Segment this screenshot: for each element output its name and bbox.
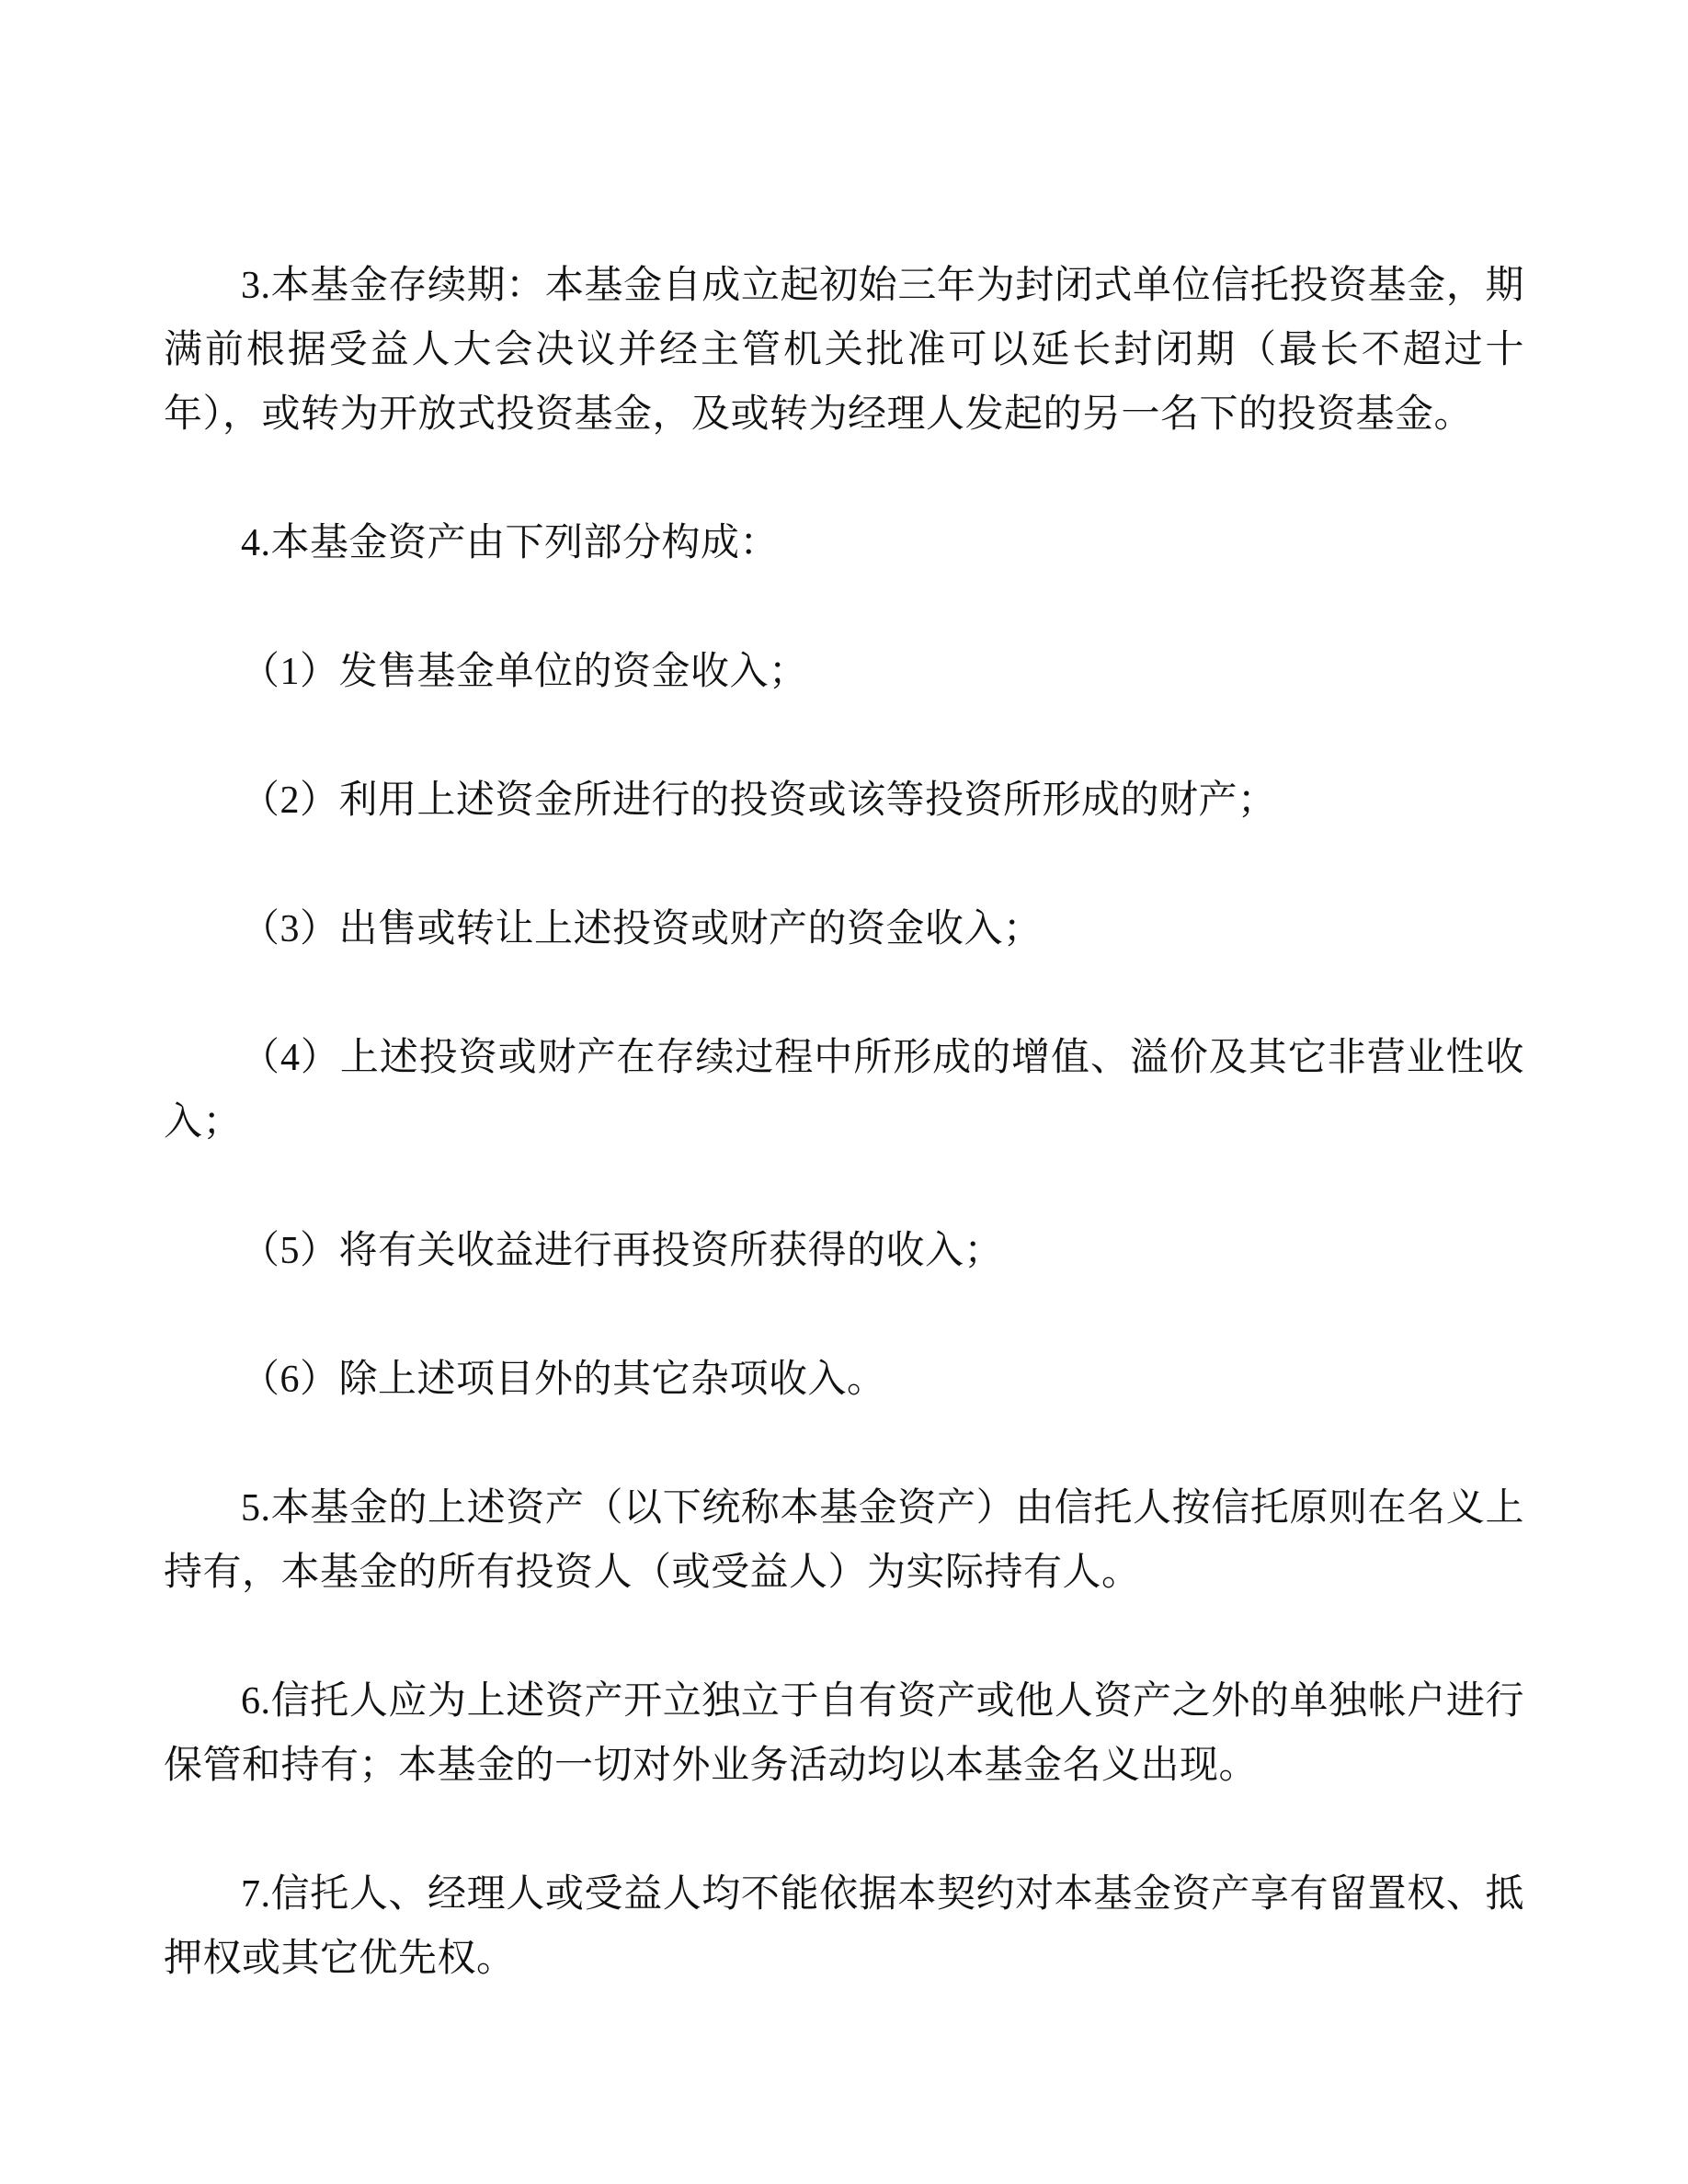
clause-4-item-5: （5）将有关收益进行再投资所获得的收入；	[164, 1219, 1524, 1283]
clause-7-no-lien: 7.信托人、经理人或受益人均不能依据本契约对本基金资产享有留置权、抵押权或其它优…	[164, 1862, 1524, 1991]
clause-4-item-4: （4）上述投资或财产在存续过程中所形成的增值、溢价及其它非营业性收入；	[164, 1026, 1524, 1155]
clause-4-fund-assets-heading: 4.本基金资产由下列部分构成：	[164, 511, 1524, 575]
clause-4-item-3: （3）出售或转让上述投资或财产的资金收入；	[164, 897, 1524, 961]
clause-3-fund-duration: 3.本基金存续期：本基金自成立起初始三年为封闭式单位信托投资基金，期满前根据受益…	[164, 254, 1524, 447]
clause-4-item-2: （2）利用上述资金所进行的投资或该等投资所形成的财产；	[164, 768, 1524, 833]
clause-5-nominal-holding: 5.本基金的上述资产（以下统称本基金资产）由信托人按信托原则在名义上持有，本基金…	[164, 1476, 1524, 1605]
clause-4-item-6: （6）除上述项目外的其它杂项收入。	[164, 1348, 1524, 1412]
clause-6-separate-account: 6.信托人应为上述资产开立独立于自有资产或他人资产之外的单独帐户进行保管和持有；…	[164, 1669, 1524, 1798]
clause-4-item-1: （1）发售基金单位的资金收入；	[164, 640, 1524, 704]
document-page: 3.本基金存续期：本基金自成立起初始三年为封闭式单位信托投资基金，期满前根据受益…	[0, 0, 1688, 2184]
